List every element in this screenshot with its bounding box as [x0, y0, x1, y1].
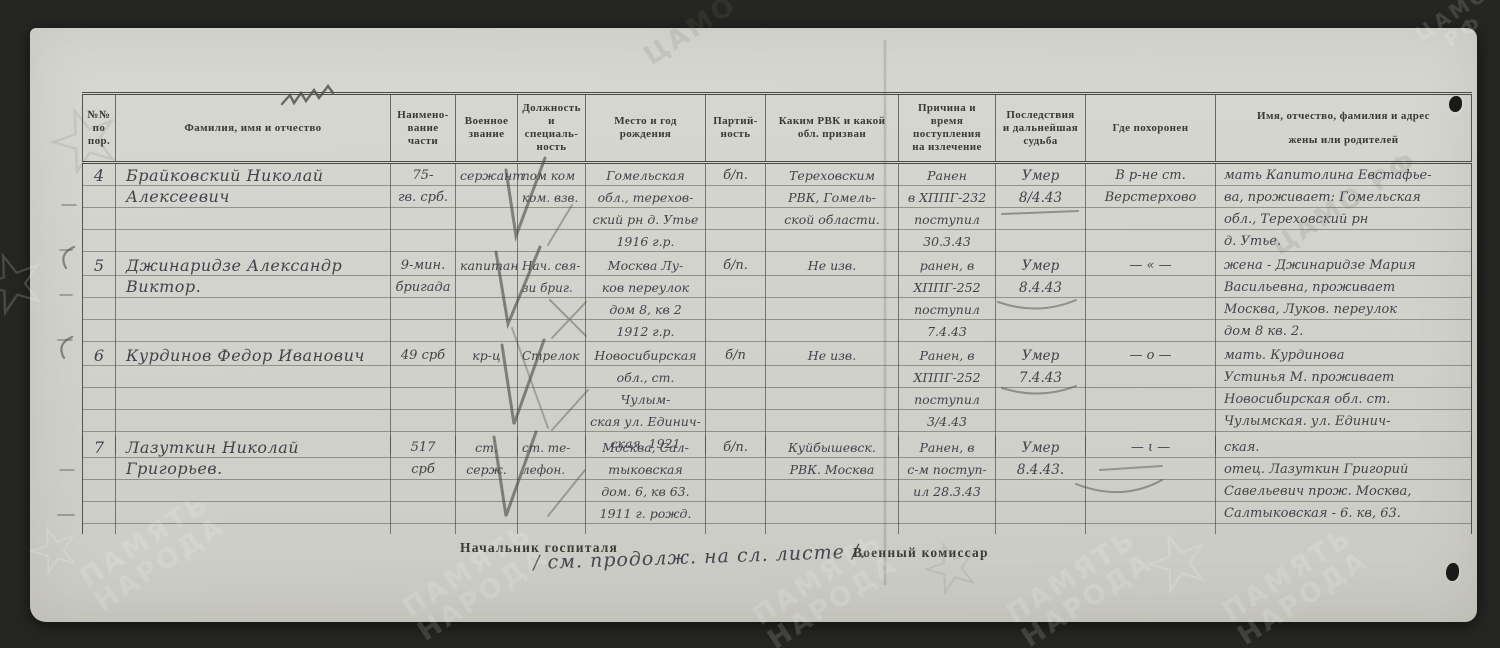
cell-birth: Москва Лу- ков переулок дом 8, кв 2 1912… — [585, 254, 705, 344]
cell-rank: капитан — [455, 254, 517, 344]
cell-duty: ст. те- лефон. — [517, 436, 585, 534]
cell-party: б/п. — [705, 164, 765, 254]
cell-party: б/п. — [705, 254, 765, 344]
table-row: 6 Курдинов Федор Иванович 49 срб кр-ц Ст… — [82, 344, 1472, 436]
header-duty: Должность и специаль- ность — [517, 95, 585, 161]
header-rvk: Каким РВК и какой обл. призван — [765, 95, 898, 161]
table-body: 4 Брайковский Николай Алексеевич 75- гв.… — [82, 164, 1472, 534]
cell-burial-place: — ι — — [1085, 436, 1215, 534]
table-header-row: №№ по пор. Фамилия, имя и отчество Наиме… — [82, 92, 1472, 164]
cell-number: 7 — [82, 436, 115, 534]
cell-duty: Нач. свя- зи бриг. — [517, 254, 585, 344]
cell-rvk: Куйбышевск. РВК. Москва — [765, 436, 898, 534]
cell-family-address: мать Капитолина Евстафье- ва, проживает:… — [1215, 164, 1472, 254]
cell-family-address: ская. отец. Лазуткин Григорий Савельевич… — [1215, 436, 1472, 534]
header-burial-place: Где похоронен — [1085, 95, 1215, 161]
cell-duty: пом ком ком. взв. — [517, 164, 585, 254]
cell-name: Брайковский Николай Алексеевич — [115, 164, 390, 254]
cell-rank: ст. серж. — [455, 436, 517, 534]
punch-hole — [1446, 563, 1459, 581]
header-name: Фамилия, имя и отчество — [115, 95, 390, 161]
cell-rank: сержант — [455, 164, 517, 254]
cell-name: Джинаридзе Александр Виктор. — [115, 254, 390, 344]
cell-family-address: жена - Джинаридзе Мария Васильевна, прож… — [1215, 254, 1472, 344]
cell-cause: ранен, в ХППГ-252 поступил 7.4.43 — [898, 254, 995, 344]
table-row: 4 Брайковский Николай Алексеевич 75- гв.… — [82, 164, 1472, 254]
cell-birth: Москва, Сал- тыковская дом. 6, кв 63. 19… — [585, 436, 705, 534]
table-row: 7 Лазуткин Николай Григорьев. 517 срб ст… — [82, 436, 1472, 534]
header-rank: Военное звание — [455, 95, 517, 161]
cell-outcome: Умер 8.4.43. — [995, 436, 1085, 534]
cell-number: 5 — [82, 254, 115, 344]
cell-burial-place: В р-не ст. Верстерхово — [1085, 164, 1215, 254]
header-family-address: Имя, отчество, фамилия и адрес жены или … — [1215, 95, 1472, 161]
cell-burial-place: — « — — [1085, 254, 1215, 344]
table-row: 5 Джинаридзе Александр Виктор. 9-мин. бр… — [82, 254, 1472, 344]
header-birth: Место и год рождения — [585, 95, 705, 161]
cell-unit: 75- гв. срб. — [390, 164, 455, 254]
cell-name: Лазуткин Николай Григорьев. — [115, 436, 390, 534]
record-table: №№ по пор. Фамилия, имя и отчество Наиме… — [82, 92, 1472, 534]
header-party: Партий- ность — [705, 95, 765, 161]
cell-number: 4 — [82, 164, 115, 254]
header-number: №№ по пор. — [82, 95, 115, 161]
cell-cause: Ранен, в с-м поступ- ил 28.3.43 — [898, 436, 995, 534]
cell-birth: Гомельская обл., терехов- ский рн д. Уть… — [585, 164, 705, 254]
header-cause: Причина и время поступления на излечение — [898, 95, 995, 161]
header-unit: Наимено- вание части — [390, 95, 455, 161]
cell-unit: 517 срб — [390, 436, 455, 534]
header-outcome: Последствия и дальнейшая судьба — [995, 95, 1085, 161]
cell-rvk: Не изв. — [765, 254, 898, 344]
cell-outcome: Умер 8.4.43 — [995, 254, 1085, 344]
cell-party: б/п. — [705, 436, 765, 534]
cell-rvk: Тереховским РВК, Гомель- ской области. — [765, 164, 898, 254]
cell-outcome: Умер 8/4.43 — [995, 164, 1085, 254]
cell-cause: Ранен в ХППГ-232 поступил 30.3.43 — [898, 164, 995, 254]
cell-unit: 9-мин. бригада — [390, 254, 455, 344]
archival-scan: ЦАМО РФ ЦАМО РФ ☆ ☆ №№ по пор. Фамилия, … — [0, 0, 1500, 648]
punch-hole — [1449, 96, 1462, 112]
military-commissar-signature-label: Военный комиссар — [853, 545, 989, 561]
